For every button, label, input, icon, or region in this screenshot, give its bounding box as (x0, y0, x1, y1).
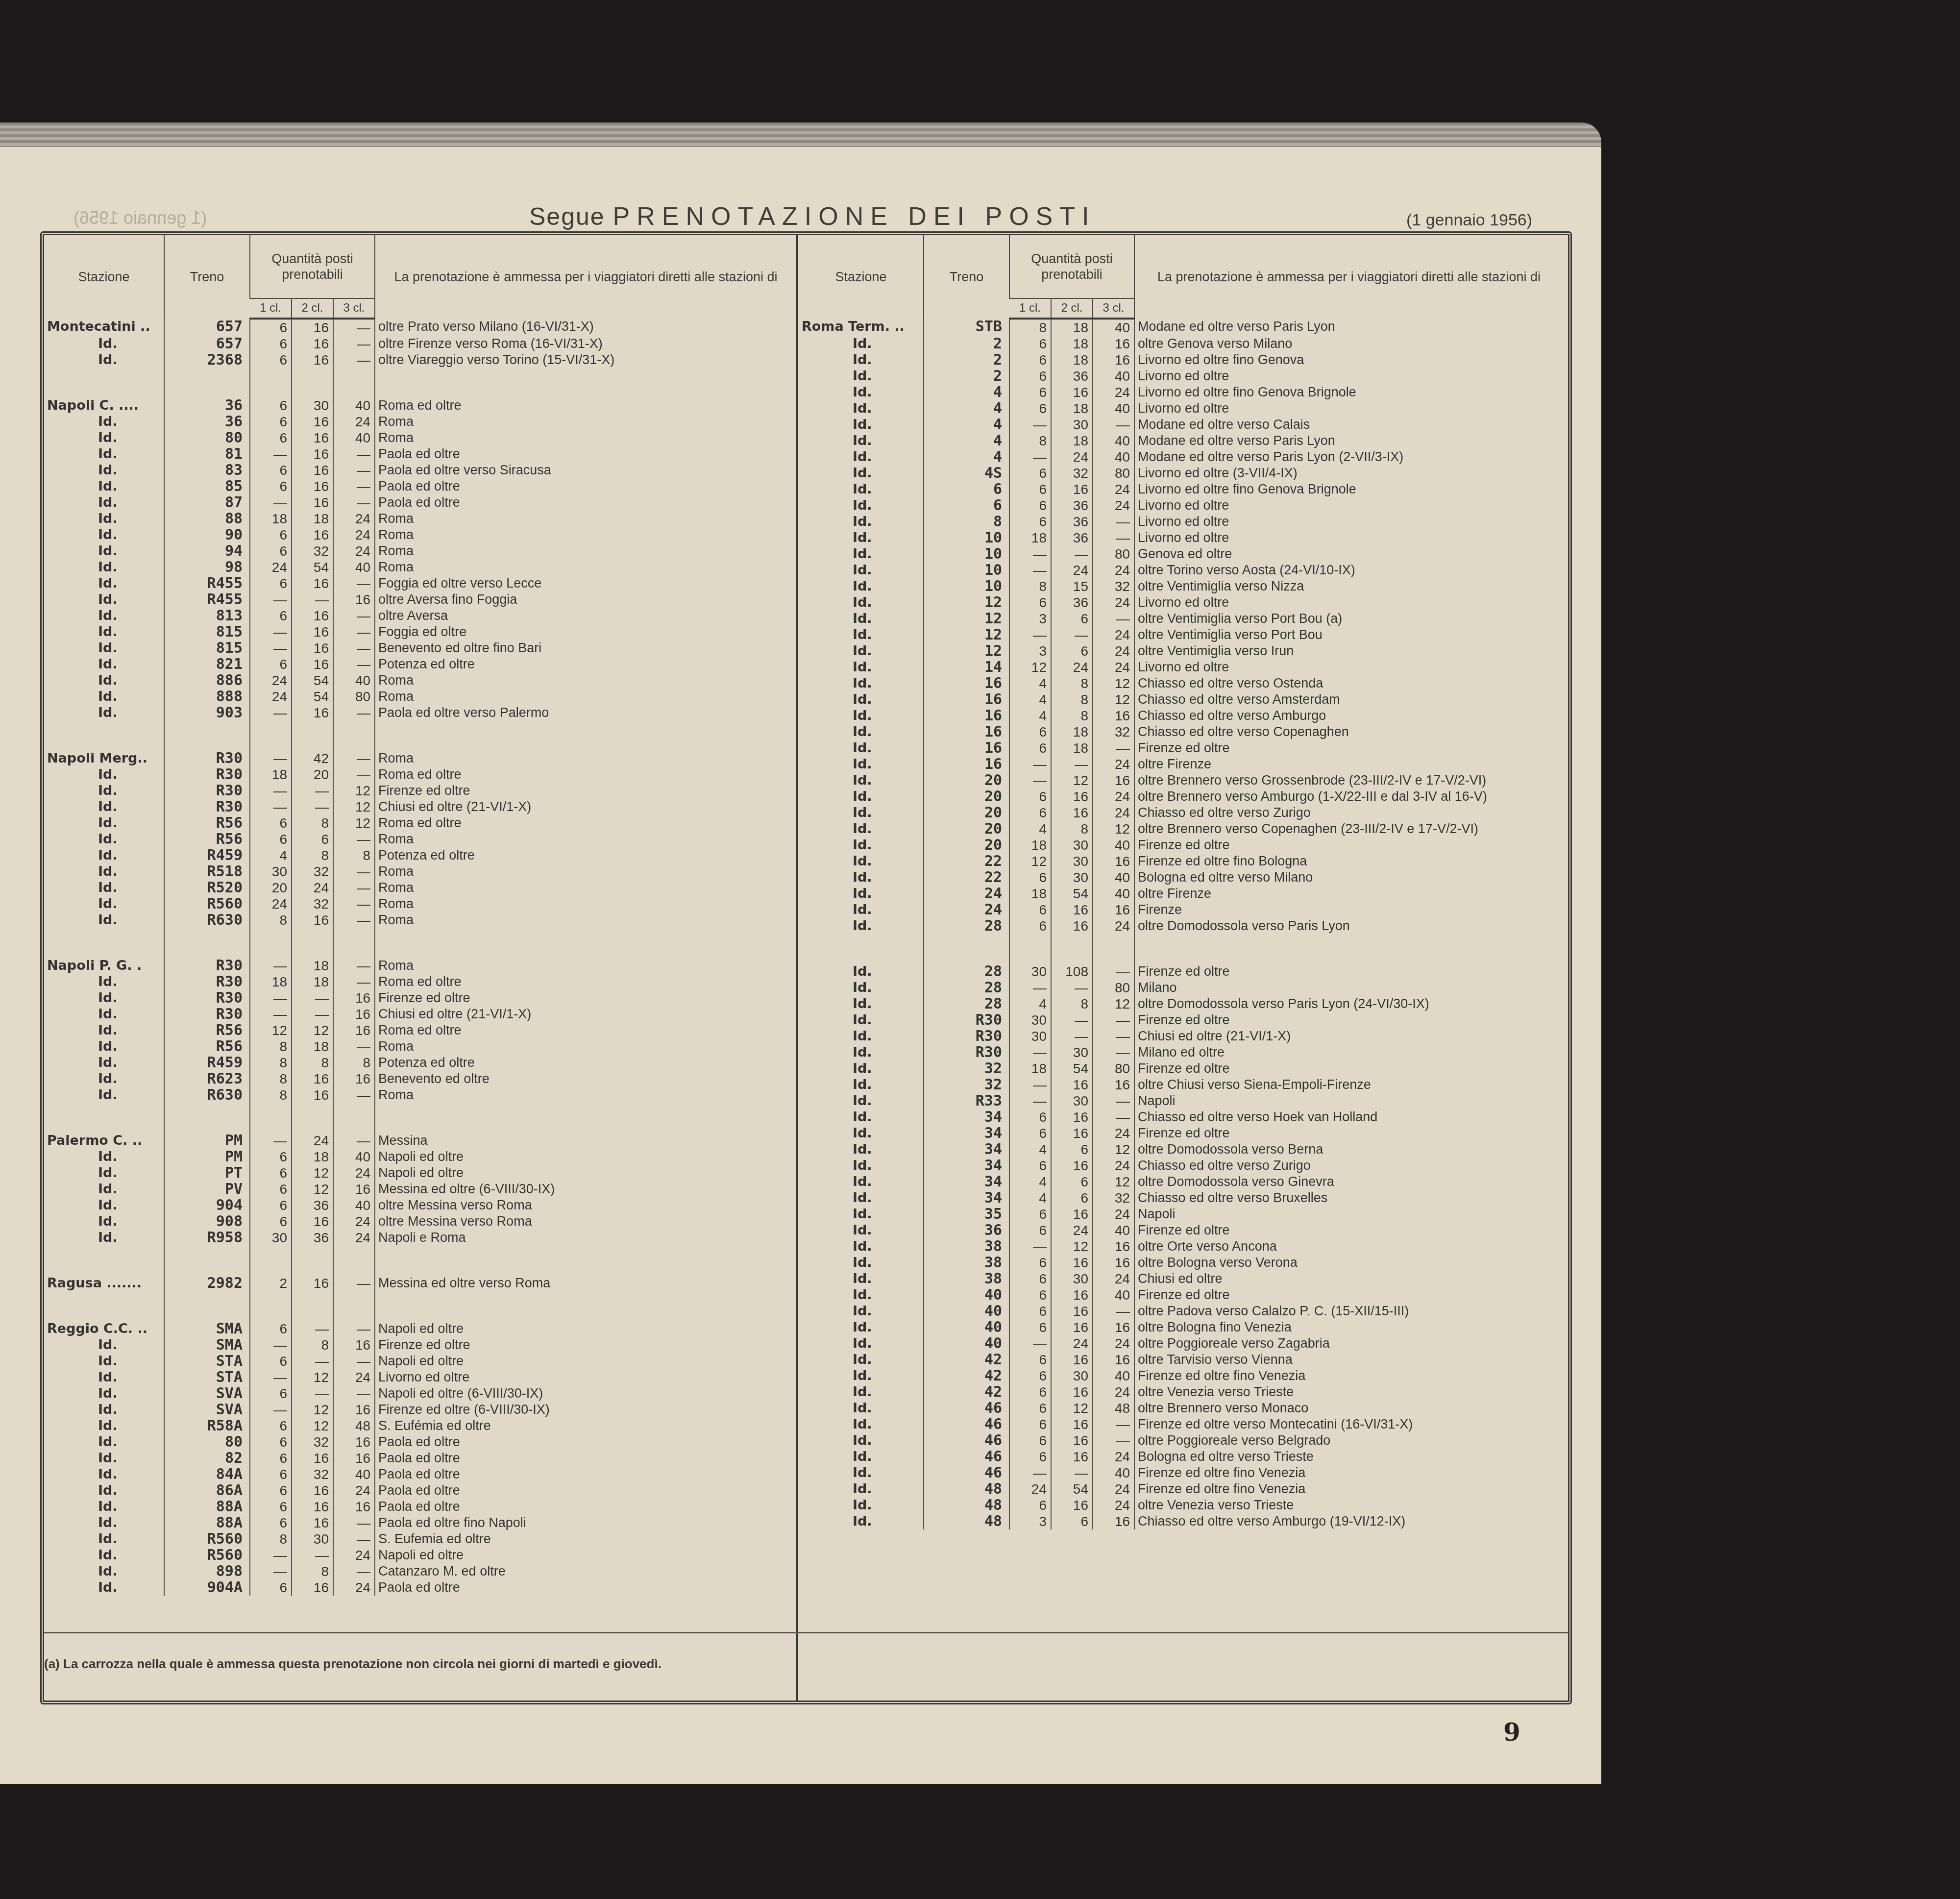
train-cell: 34 (924, 1174, 1009, 1190)
train-cell: 40 (924, 1287, 1009, 1303)
first-class-seats: 6 (250, 1385, 292, 1402)
first-class-seats: — (1009, 756, 1051, 772)
station-cell: Id. (799, 1335, 924, 1352)
table-row: Id.9061624Roma (44, 527, 796, 543)
destination-cell: oltre Domodossola verso Ginevra (1134, 1174, 1563, 1190)
first-class-seats: 6 (250, 1434, 292, 1450)
station-cell: Id. (44, 527, 164, 543)
table-row: Palermo C. ..PM—24—Messina (44, 1133, 796, 1149)
first-class-seats: — (1009, 562, 1051, 578)
station-cell: Id. (44, 1482, 164, 1499)
train-cell: 4 (924, 433, 1009, 449)
destination-cell: Paola ed oltre verso Siracusa (375, 462, 796, 478)
train-cell: 16 (924, 708, 1009, 724)
page-number: 9 (1503, 1718, 1520, 1747)
station-cell: Id. (799, 546, 924, 562)
train-cell: 82 (164, 1450, 250, 1466)
second-class-seats: — (292, 1321, 333, 1337)
train-cell: 888 (164, 689, 250, 705)
table-row: Id.888245480Roma (44, 689, 796, 705)
third-class-seats: 16 (333, 1071, 375, 1087)
destination-cell: Benevento ed oltre fino Bari (375, 640, 796, 656)
station-cell: Id. (799, 708, 924, 724)
third-class-seats: 16 (333, 1181, 375, 1197)
table-row: Id.3662440Firenze ed oltre (799, 1222, 1563, 1238)
spacer-cell (333, 721, 375, 750)
destination-cell: Modane ed oltre verso Paris Lyon (2-VII/… (1134, 449, 1563, 465)
third-class-seats: 12 (333, 815, 375, 831)
destination-cell: oltre Bologna verso Verona (1134, 1255, 1563, 1271)
station-cell: Id. (44, 880, 164, 896)
station-cell: Id. (799, 449, 924, 465)
group-spacer (799, 934, 1563, 963)
station-cell: Id. (799, 1077, 924, 1093)
train-cell: R630 (164, 912, 250, 928)
first-class-seats: 4 (1009, 996, 1051, 1012)
table-row: Id.821616—Potenza ed oltre (44, 656, 796, 672)
second-class-seats: 30 (1051, 869, 1093, 886)
destination-cell: oltre Ventimiglia verso Nizza (1134, 578, 1563, 594)
first-class-seats: 6 (1009, 1497, 1051, 1513)
table-row: Id.R30——12Firenze ed oltre (44, 783, 796, 799)
destination-cell: Bologna ed oltre verso Trieste (1134, 1449, 1563, 1465)
first-class-seats: 6 (1009, 724, 1051, 740)
table-row: Id.R30—30—Milano ed oltre (799, 1044, 1563, 1060)
second-class-seats: 16 (1051, 918, 1093, 934)
train-cell: R33 (924, 1093, 1009, 1109)
first-class-seats: 6 (1009, 336, 1051, 352)
spacer-cell (250, 1246, 292, 1275)
station-cell: Id. (799, 1384, 924, 1400)
second-class-seats: 16 (292, 352, 333, 368)
first-class-seats: 18 (1009, 1060, 1051, 1077)
third-class-seats: 24 (1093, 1384, 1134, 1400)
first-class-seats: 6 (250, 1579, 292, 1596)
destination-cell: Bologna ed oltre verso Milano (1134, 869, 1563, 886)
station-cell: Id. (44, 494, 164, 511)
station-cell: Id. (799, 562, 924, 578)
station-cell: Id. (799, 611, 924, 627)
destination-cell: Livorno ed oltre fino Genova (1134, 352, 1563, 368)
train-cell: 20 (924, 805, 1009, 821)
first-class-seats: — (250, 494, 292, 511)
destination-cell: Roma (375, 414, 796, 430)
third-class-seats: — (333, 352, 375, 368)
train-cell: 4 (924, 417, 1009, 433)
third-class-seats: — (333, 1275, 375, 1291)
first-class-seats: 6 (250, 608, 292, 624)
station-cell: Id. (44, 1230, 164, 1246)
second-class-seats: 16 (1051, 1303, 1093, 1319)
destination-cell: Napoli ed oltre (6-VIII/30-IX) (375, 1385, 796, 1402)
third-class-seats: — (333, 880, 375, 896)
destination-cell: Chiasso ed oltre verso Zurigo (1134, 805, 1563, 821)
third-class-seats: 16 (1093, 1513, 1134, 1529)
second-class-seats: 30 (1051, 853, 1093, 869)
second-class-seats: — (1051, 1028, 1093, 1044)
spacer-cell (292, 1246, 333, 1275)
destination-cell: oltre Brennero verso Copenaghen (23-III/… (1134, 821, 1563, 837)
station-cell: Id. (44, 1165, 164, 1181)
third-class-seats: 24 (1093, 1158, 1134, 1174)
third-class-seats: — (1093, 1416, 1134, 1432)
train-cell: 12 (924, 643, 1009, 659)
table-row: Id.R62381616Benevento ed oltre (44, 1071, 796, 1087)
table-row: Id.8261616Paola ed oltre (44, 1450, 796, 1466)
destination-cell: Firenze ed oltre (1134, 1060, 1563, 1077)
second-class-seats: 16 (292, 640, 333, 656)
destination-cell: Chiasso ed oltre verso Bruxelles (1134, 1190, 1563, 1206)
second-class-seats: 108 (1051, 963, 1093, 980)
train-cell: 24 (924, 902, 1009, 918)
first-class-seats: — (1009, 627, 1051, 643)
third-class-seats: — (333, 1563, 375, 1579)
destination-cell: Roma (375, 831, 796, 847)
train-cell: 16 (924, 724, 1009, 740)
station-cell: Id. (44, 831, 164, 847)
destination-cell: Catanzaro M. ed oltre (375, 1563, 796, 1579)
destination-cell: Livorno ed oltre (1134, 594, 1563, 611)
destination-cell: Potenza ed oltre (375, 656, 796, 672)
first-class-seats: — (250, 705, 292, 721)
second-class-seats: — (1051, 756, 1093, 772)
first-class-seats: — (250, 1133, 292, 1149)
station-cell: Id. (799, 1465, 924, 1481)
first-class-seats: — (250, 1402, 292, 1418)
first-class-seats: — (250, 799, 292, 815)
third-class-seats: — (333, 1515, 375, 1531)
second-class-seats: 54 (292, 559, 333, 575)
first-class-seats: — (1009, 1093, 1051, 1109)
train-cell: 20 (924, 837, 1009, 853)
destination-cell: oltre Torino verso Aosta (24-VI/10-IX) (1134, 562, 1563, 578)
table-row: Id.344612oltre Domodossola verso Ginevra (799, 1174, 1563, 1190)
table-row: Id.461624Livorno ed oltre fino Genova Br… (799, 384, 1563, 400)
destination-cell: oltre Padova verso Calalzo P. C. (15-XII… (1134, 1303, 1563, 1319)
station-cell: Id. (799, 1513, 924, 1529)
table-row: Id.R630816—Roma (44, 1087, 796, 1103)
first-class-seats: 6 (1009, 1449, 1051, 1465)
train-cell: 90 (164, 527, 250, 543)
table-row: Id.483616Chiasso ed oltre verso Amburgo … (799, 1513, 1563, 1529)
first-class-seats: 4 (1009, 821, 1051, 837)
station-cell: Id. (799, 740, 924, 756)
table-row: Id.461840Livorno ed oltre (799, 400, 1563, 417)
train-cell: 88A (164, 1499, 250, 1515)
first-class-seats: — (250, 1563, 292, 1579)
third-class-seats: 12 (333, 783, 375, 799)
first-class-seats: 6 (250, 1515, 292, 1531)
second-class-seats: 18 (292, 1038, 333, 1055)
second-class-seats: 16 (1051, 1449, 1093, 1465)
first-class-seats: 6 (1009, 1319, 1051, 1335)
destination-cell: oltre Aversa fino Foggia (375, 592, 796, 608)
destination-cell: Chiusi ed oltre (21-VI/1-X) (1134, 1028, 1563, 1044)
destination-cell: oltre Messina verso Roma (375, 1213, 796, 1230)
third-class-seats: 16 (1093, 336, 1134, 352)
third-class-seats: — (1093, 1303, 1134, 1319)
table-row: Id.STA6——Napoli ed oltre (44, 1353, 796, 1369)
table-row: Id.R459888Potenza ed oltre (44, 1055, 796, 1071)
station-cell: Id. (799, 417, 924, 433)
train-cell: R30 (924, 1012, 1009, 1028)
second-class-seats: 12 (292, 1418, 333, 1434)
col-header-cl1: 1 cl. (250, 298, 292, 319)
first-class-seats: 20 (250, 880, 292, 896)
table-row: Id.3861616oltre Bologna verso Verona (799, 1255, 1563, 1271)
destination-cell: Milano (1134, 980, 1563, 996)
col-header-stazione: Stazione (44, 235, 164, 319)
table-row: Id.14122424Livorno ed oltre (799, 659, 1563, 675)
spacer-cell (250, 928, 292, 958)
table-row: Id.88A61616Paola ed oltre (44, 1499, 796, 1515)
third-class-seats: — (333, 1531, 375, 1547)
first-class-seats: 6 (250, 1482, 292, 1499)
spacer-cell (164, 368, 250, 397)
third-class-seats: 16 (1093, 1077, 1134, 1093)
station-cell: Id. (799, 594, 924, 611)
train-cell: 94 (164, 543, 250, 559)
station-cell: Id. (44, 1149, 164, 1165)
table-row: Id.164812Chiasso ed oltre verso Ostenda (799, 675, 1563, 691)
train-cell: 904A (164, 1579, 250, 1596)
third-class-seats: 40 (1093, 1465, 1134, 1481)
destination-cell: oltre Brennero verso Grossenbrode (23-II… (1134, 772, 1563, 789)
destination-cell: Paola ed oltre (375, 1450, 796, 1466)
page-title: Segue PRENOTAZIONE DEI POSTI (529, 202, 1096, 231)
station-cell: Id. (799, 1060, 924, 1077)
spacer-cell (375, 368, 796, 397)
third-class-seats: — (1093, 514, 1134, 530)
station-cell: Id. (799, 1174, 924, 1190)
spacer-cell (799, 934, 924, 963)
second-class-seats: 36 (1051, 514, 1093, 530)
station-cell: Id. (44, 592, 164, 608)
destination-cell: Roma ed oltre (375, 397, 796, 414)
second-class-seats: — (292, 783, 333, 799)
table-row: Id.4061616oltre Bologna fino Venezia (799, 1319, 1563, 1335)
first-class-seats: — (250, 1337, 292, 1353)
first-class-seats: 4 (1009, 1190, 1051, 1206)
first-class-seats: 6 (250, 1450, 292, 1466)
third-class-seats: 48 (1093, 1400, 1134, 1416)
destination-cell: Roma ed oltre (375, 766, 796, 783)
second-class-seats: 16 (292, 656, 333, 672)
destination-cell: Roma (375, 1038, 796, 1055)
destination-cell: Chiasso ed oltre verso Ostenda (1134, 675, 1563, 691)
third-class-seats: 24 (1093, 384, 1134, 400)
station-cell: Id. (799, 837, 924, 853)
train-cell: 86A (164, 1482, 250, 1499)
third-class-seats: 16 (333, 592, 375, 608)
train-cell: STB (924, 319, 1009, 336)
table-row: Id.R455616—Foggia ed oltre verso Lecce (44, 575, 796, 592)
table-row: Id.661624Livorno ed oltre fino Genova Br… (799, 481, 1563, 497)
table-row: Id.4661248oltre Brennero verso Monaco (799, 1400, 1563, 1416)
first-class-seats: — (250, 783, 292, 799)
destination-cell: Chiusi ed oltre (21-VI/1-X) (375, 1006, 796, 1022)
first-class-seats: — (250, 1006, 292, 1022)
third-class-seats: 12 (1093, 996, 1134, 1012)
table-row: Id.4661624Bologna ed oltre verso Trieste (799, 1449, 1563, 1465)
train-cell: 34 (924, 1190, 1009, 1206)
second-class-seats: — (292, 990, 333, 1006)
first-class-seats: 24 (250, 672, 292, 689)
second-class-seats: 54 (292, 689, 333, 705)
train-cell: 6 (924, 497, 1009, 514)
station-cell: Id. (799, 336, 924, 352)
station-cell: Id. (799, 789, 924, 805)
table-row: Id.4861624oltre Venezia verso Trieste (799, 1497, 1563, 1513)
station-cell: Id. (44, 1197, 164, 1213)
train-cell: 36 (924, 1222, 1009, 1238)
first-class-seats: 6 (250, 815, 292, 831)
train-cell: R30 (164, 750, 250, 766)
station-cell: Id. (44, 1515, 164, 1531)
station-cell: Id. (799, 1158, 924, 1174)
destination-cell: Livorno ed oltre (375, 1369, 796, 1385)
spacer-cell (924, 934, 1009, 963)
second-class-seats: 18 (1051, 400, 1093, 417)
third-class-seats: — (333, 624, 375, 640)
second-class-seats: 6 (1051, 1513, 1093, 1529)
destination-cell: Roma ed oltre (375, 1022, 796, 1038)
second-class-seats: 12 (292, 1181, 333, 1197)
table-row: Id.2061624oltre Brennero verso Amburgo (… (799, 789, 1563, 805)
second-class-seats: — (292, 1006, 333, 1022)
table-row: Id.3461624Firenze ed oltre (799, 1125, 1563, 1141)
third-class-seats: — (333, 336, 375, 352)
train-cell: 821 (164, 656, 250, 672)
first-class-seats: 6 (1009, 1287, 1051, 1303)
first-class-seats: 18 (1009, 837, 1051, 853)
train-cell: R623 (164, 1071, 250, 1087)
third-class-seats: 24 (333, 1482, 375, 1499)
third-class-seats: 24 (1093, 756, 1134, 772)
destination-cell: Chiasso ed oltre verso Hoek van Holland (1134, 1109, 1563, 1125)
train-cell: 83 (164, 462, 250, 478)
destination-cell: Chiasso ed oltre verso Amburgo (19-VI/12… (1134, 1513, 1563, 1529)
station-cell: Id. (44, 1579, 164, 1596)
first-class-seats: 6 (250, 462, 292, 478)
second-class-seats: 8 (1051, 691, 1093, 708)
second-class-seats: 8 (1051, 996, 1093, 1012)
first-class-seats: — (250, 624, 292, 640)
third-class-seats: 16 (333, 1337, 375, 1353)
third-class-seats: — (333, 462, 375, 478)
second-class-seats: 18 (1051, 724, 1093, 740)
second-class-seats: 24 (292, 880, 333, 896)
second-class-seats: — (292, 799, 333, 815)
second-class-seats: 16 (1051, 1319, 1093, 1335)
table-row: Id.R5602432—Roma (44, 896, 796, 912)
third-class-seats: 24 (333, 1165, 375, 1181)
spacer-cell (375, 721, 796, 750)
first-class-seats: 8 (250, 1038, 292, 1055)
table-row: Id.46——40Firenze ed oltre fino Venezia (799, 1465, 1563, 1481)
second-class-seats: 18 (1051, 319, 1093, 336)
second-class-seats: 12 (1051, 772, 1093, 789)
first-class-seats: 8 (1009, 319, 1051, 336)
station-cell: Id. (799, 1352, 924, 1368)
first-class-seats: 30 (1009, 963, 1051, 980)
train-cell: 28 (924, 980, 1009, 996)
destination-cell: Firenze ed oltre (375, 1337, 796, 1353)
col-header-cl3: 3 cl. (1093, 298, 1134, 319)
station-cell: Id. (799, 869, 924, 886)
spacer-cell (44, 1291, 164, 1321)
station-cell: Id. (799, 1481, 924, 1497)
destination-cell: S. Eufemia ed oltre (375, 1531, 796, 1547)
second-class-seats: 8 (292, 1563, 333, 1579)
destination-cell: oltre Poggioreale verso Belgrado (1134, 1432, 1563, 1449)
third-class-seats: 16 (1093, 902, 1134, 918)
station-cell: Id. (44, 1022, 164, 1038)
station-cell: Id. (799, 805, 924, 821)
train-cell: SVA (164, 1402, 250, 1418)
station-cell: Id. (44, 478, 164, 494)
train-cell: 657 (164, 319, 250, 336)
station-cell: Id. (799, 1303, 924, 1319)
second-class-seats: 18 (1051, 352, 1093, 368)
second-class-seats: 16 (292, 1087, 333, 1103)
station-cell: Id. (799, 481, 924, 497)
table-row: Id.2061624Chiasso ed oltre verso Zurigo (799, 805, 1563, 821)
table-row: Id.88181824Roma (44, 511, 796, 527)
second-class-seats: 16 (1051, 805, 1093, 821)
second-class-seats: 30 (1051, 837, 1093, 853)
table-row: Id.4—30—Modane ed oltre verso Calais (799, 417, 1563, 433)
first-class-seats: 3 (1009, 1513, 1051, 1529)
second-class-seats: 16 (1051, 1077, 1093, 1093)
second-class-seats: 16 (292, 1275, 333, 1291)
spacer-cell (44, 1103, 164, 1133)
station-cell: Id. (44, 766, 164, 783)
train-cell: 46 (924, 1449, 1009, 1465)
destination-cell: Chiasso ed oltre verso Amburgo (1134, 708, 1563, 724)
third-class-seats: 24 (333, 527, 375, 543)
destination-cell: oltre Prato verso Milano (16-VI/31-X) (375, 319, 796, 336)
first-class-seats: 6 (250, 1499, 292, 1515)
destination-cell: Firenze ed oltre (1134, 1287, 1563, 1303)
station-cell: Id. (799, 996, 924, 1012)
second-class-seats: 16 (1051, 1255, 1093, 1271)
station-cell: Id. (799, 465, 924, 481)
station-cell: Id. (44, 462, 164, 478)
first-class-seats: 6 (250, 319, 292, 336)
station-cell: Id. (44, 1353, 164, 1369)
table-row: Id.28——80Milano (799, 980, 1563, 996)
third-class-seats: 40 (1093, 837, 1134, 853)
first-class-seats: 6 (1009, 352, 1051, 368)
table-row: Id.87—16—Paola ed oltre (44, 494, 796, 511)
destination-cell: Roma (375, 880, 796, 896)
station-cell: Id. (44, 1385, 164, 1402)
spacer-cell (164, 1246, 250, 1275)
train-cell: 84A (164, 1466, 250, 1482)
third-class-seats: — (333, 750, 375, 766)
first-class-seats: — (1009, 1335, 1051, 1352)
train-cell: 32 (924, 1077, 1009, 1093)
station-cell: Id. (44, 1547, 164, 1563)
second-class-seats: 16 (292, 494, 333, 511)
station-cell: Id. (44, 1038, 164, 1055)
third-class-seats: — (333, 912, 375, 928)
train-cell: PM (164, 1149, 250, 1165)
third-class-seats: — (1093, 1028, 1134, 1044)
train-cell: 81 (164, 446, 250, 462)
second-class-seats: 12 (292, 1165, 333, 1181)
